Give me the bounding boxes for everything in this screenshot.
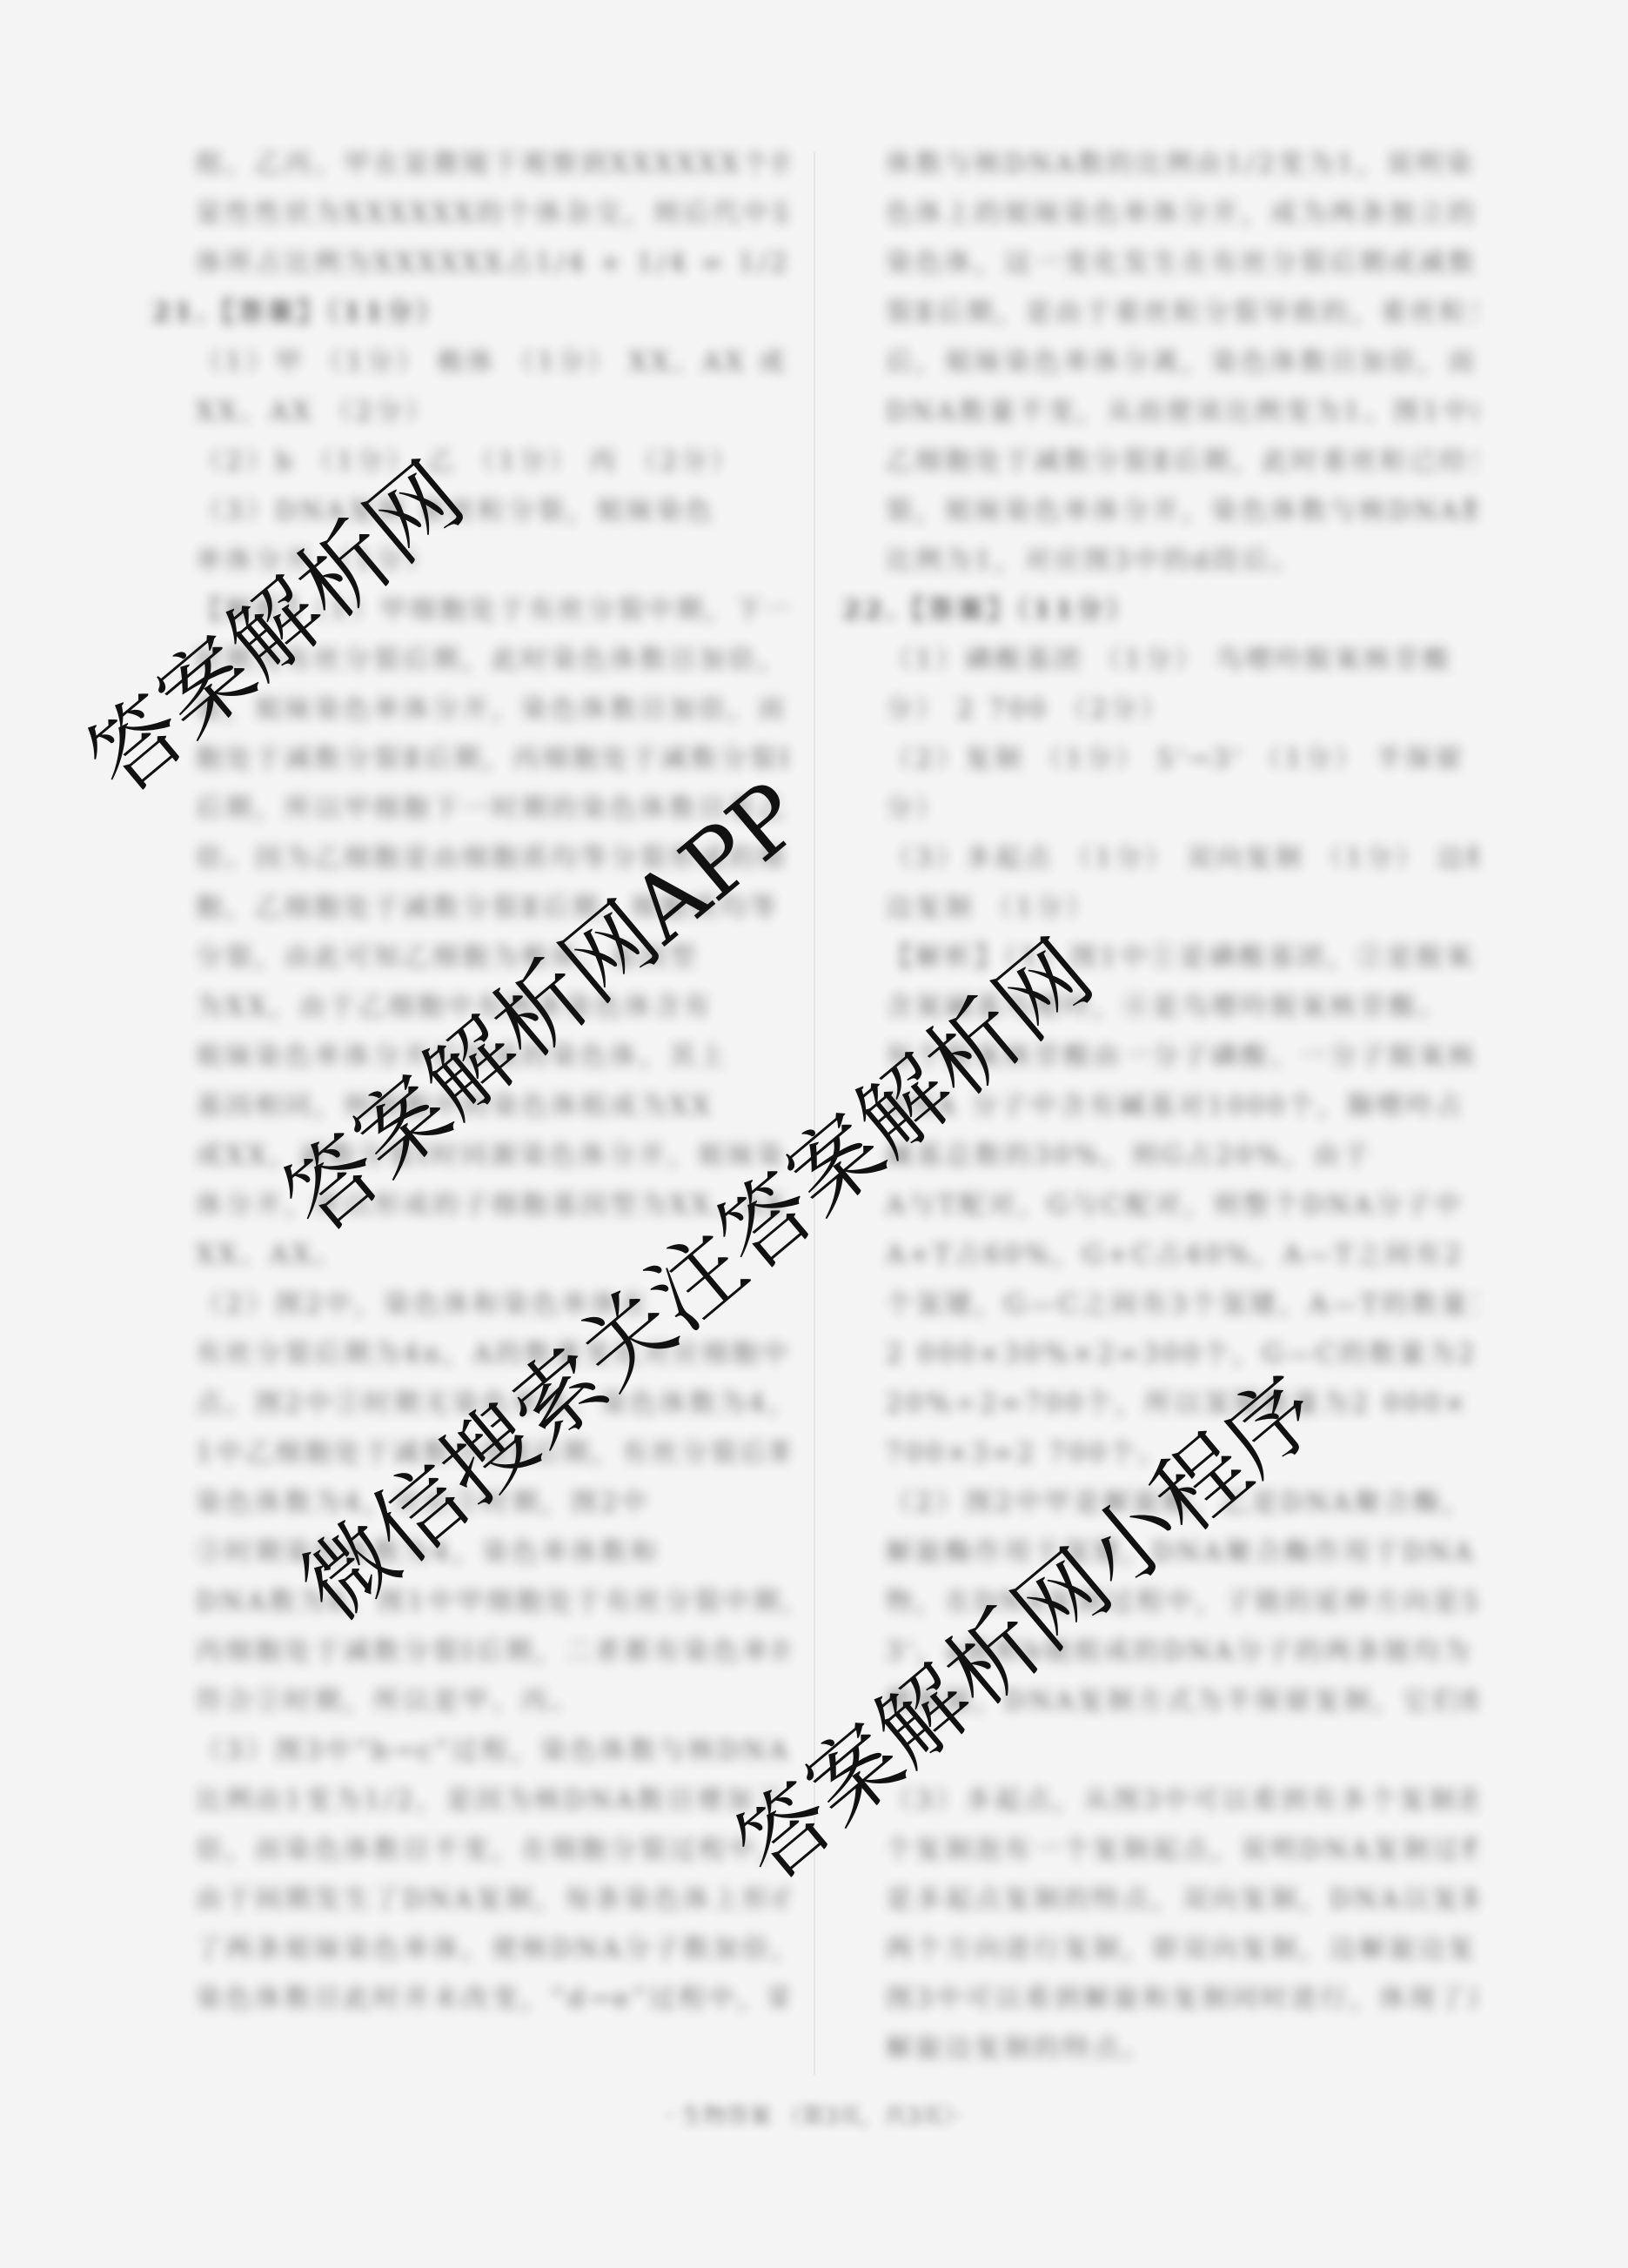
text-line: 是多起点复制的特点，双向复制，DNA以复制起点向 <box>886 1875 1477 1924</box>
text-line: 体所占比例为XXXXXX占1/4 + 1/4 = 1/2。 <box>196 238 787 288</box>
text-line: 分） <box>886 784 1477 833</box>
document-page: 组、乙丙、甲在显微镜下观察到XXXXXX个体与显性性状为XXXXXX的个体杂交，… <box>0 0 1628 2268</box>
text-line: XX、AX （2分） <box>196 387 787 437</box>
text-line: 图3中可以看到解旋和复制同时进行，体现了边 <box>886 1974 1477 2024</box>
text-line: （1）磷酸基团 （1分） 鸟嘌呤脱氧核苷酸 （1 <box>886 635 1477 685</box>
text-line: 个氢键，G—C之间有3个氢键，A—T的数量为 <box>886 1280 1477 1329</box>
text-line: 乙细胞处于减数分裂Ⅱ后期，此时着丝粒已经分 <box>886 437 1477 486</box>
text-line: 边复制 （1分） <box>886 883 1477 933</box>
text-line: DNA数为8，图1中甲细胞处于有丝分裂中期， <box>196 1577 787 1627</box>
text-line: 比例为1，对应图3中的d段后。 <box>886 536 1477 585</box>
text-line: 2 000×30%×2=300个，G—C的数量为2 000× <box>886 1329 1477 1379</box>
text-line: （1）甲 （1分） 极体 （1分） XX、AX 或 <box>196 338 787 387</box>
text-line: 分） 2 700 （2分） <box>886 685 1477 734</box>
text-line: 裂，姐妹染色单体分开，染色体数与核DNA数的 <box>886 486 1477 536</box>
question-heading: 22.【答案】（11分） <box>842 585 1477 635</box>
text-line: 了两条姐妹染色单体，使核DNA分子数加倍，但 <box>196 1924 787 1974</box>
page-footer: · 生物答案 （第3页，共3页）· <box>0 2098 1628 2131</box>
text-line: 由于间期发生了DNA复制，每条染色体上形成 <box>196 1875 787 1924</box>
question-heading: 21.【答案】（11分） <box>152 288 787 338</box>
text-line: 胞处于减数分裂Ⅱ后期，丙细胞处于减数分裂Ⅰ <box>196 734 787 784</box>
text-line: 显性性状为XXXXXX的个体杂交，则后代中显性个 <box>196 189 787 238</box>
text-line: 色体上的姐妹染色单体分开，成为两条独立的子 <box>886 189 1477 238</box>
text-line: （2）复制 （1分） 5'→3' （1分） 半保留 （1 <box>886 734 1477 784</box>
text-line: A+T占60%，G+C占40%，A—T之间有2 <box>886 1230 1477 1280</box>
text-line: 两个方向进行复制，即双向复制，边解旋边复制， <box>886 1924 1477 1974</box>
text-line: 个复制泡有一个复制起点，说明DNA复制过程 <box>886 1825 1477 1875</box>
text-line: （3）多起点 （1分） 双向复制 （1分） 边解旋 <box>886 833 1477 883</box>
text-line: DNA数量不变，从而使该比例变为1。图1中的 <box>886 387 1477 437</box>
text-line: 后，姐妹染色单体分离，染色体数目加倍，而核 <box>886 338 1477 387</box>
text-line: 体数与核DNA数的比例由1/2变为1，说明染色 <box>886 139 1477 189</box>
text-line: 染色体数目此时并未改变，“d→e”过程中，染色 <box>196 1974 787 2024</box>
text-line: （2）b （1分） 乙 （1分） 丙 （2分） <box>196 437 787 486</box>
text-line: （3）多起点，从图3中可以看到有多个复制泡，每 <box>886 1776 1477 1825</box>
text-line: A与T配对，G与C配对，则整个DNA分子中 <box>886 1181 1477 1230</box>
text-line: 倍，而染色体数目不变，在细胞分裂过程中，这是 <box>196 1825 787 1875</box>
text-line: 解旋边复制的特点。 <box>886 2024 1477 2073</box>
text-line: 碱基总数的30%，则G占20%，由于 <box>886 1131 1477 1181</box>
text-line: 染色体，这一变化发生在有丝分裂后期或减数分 <box>886 238 1477 288</box>
text-line: 比例由1变为1/2，是因为核DNA数目增加了一 <box>196 1776 787 1825</box>
text-line: 丙细胞处于减数分裂Ⅰ后期，二者都有染色单体， <box>196 1627 787 1676</box>
text-line: （3）图3中“b→c”过程，染色体数与核DNA数的 <box>196 1726 787 1776</box>
text-line: 组、乙丙、甲在显微镜下观察到XXXXXX个体与 <box>196 139 787 189</box>
text-line: 裂Ⅱ后期，是由于着丝粒分裂导致的，着丝粒分裂 <box>886 288 1477 338</box>
text-line: 符合②时期，所以是甲、丙。 <box>196 1676 787 1726</box>
